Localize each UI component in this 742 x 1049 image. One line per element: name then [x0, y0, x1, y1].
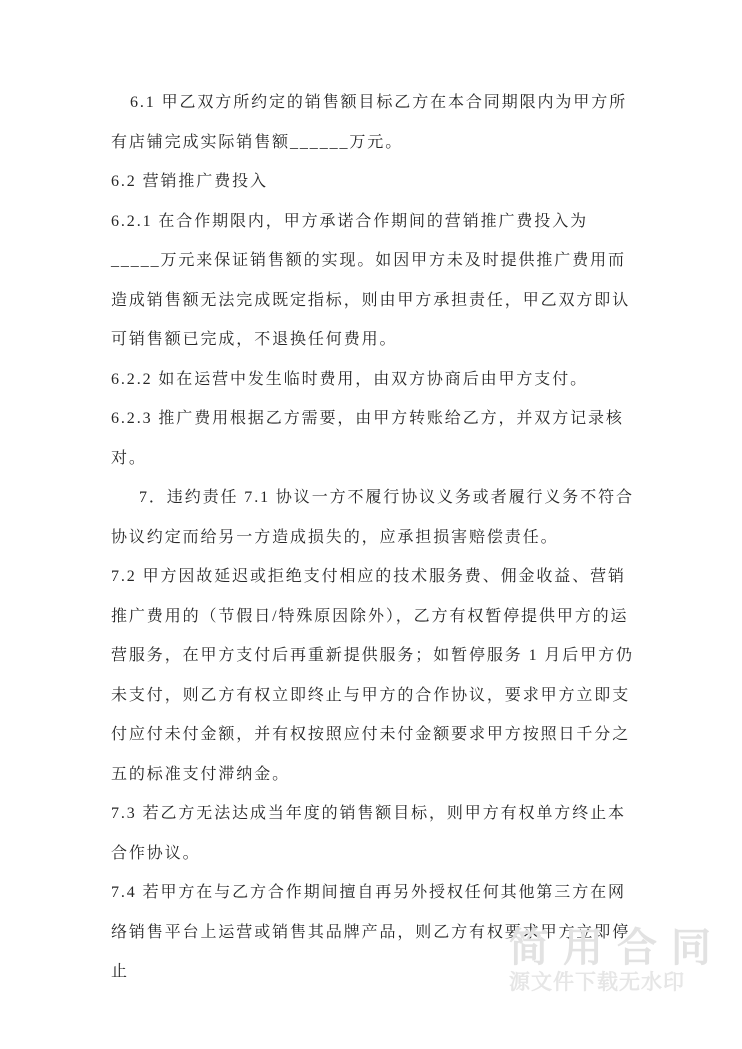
watermark-brand-text: 简用合同 [509, 916, 725, 973]
paragraph-6-2-1: 6.2.1 在合作期限内，甲方承诺合作期间的营销推广费投入为 _____万元来保… [111, 202, 639, 360]
paragraph-6-1: 6.1 甲乙双方所约定的销售额目标乙方在本合同期限内为甲方所有店铺完成实际销售额… [111, 83, 639, 162]
contract-document-page: 6.1 甲乙双方所约定的销售额目标乙方在本合同期限内为甲方所有店铺完成实际销售额… [0, 0, 742, 1049]
paragraph-7-1: 7．违约责任 7.1 协议一方不履行协议义务或者履行义务不符合协议约定而给另一方… [111, 478, 639, 557]
watermark-tagline-text: 源文件下载无水印 [509, 966, 685, 996]
paragraph-7-2: 7.2 甲方因故延迟或拒绝支付相应的技术服务费、佣金收益、营销推广费用的（节假日… [111, 557, 639, 794]
paragraph-6-2-3: 6.2.3 推广费用根据乙方需要，由甲方转账给乙方，并双方记录核对。 [111, 399, 639, 478]
contract-body-text: 6.1 甲乙双方所约定的销售额目标乙方在本合同期限内为甲方所有店铺完成实际销售额… [111, 83, 639, 992]
paragraph-7-3: 7.3 若乙方无法达成当年度的销售额目标，则甲方有权单方终止本合作协议。 [111, 794, 639, 873]
paragraph-6-2-2: 6.2.2 如在运营中发生临时费用，由双方协商后由甲方支付。 [111, 360, 639, 400]
paragraph-6-2: 6.2 营销推广费投入 [111, 162, 639, 202]
